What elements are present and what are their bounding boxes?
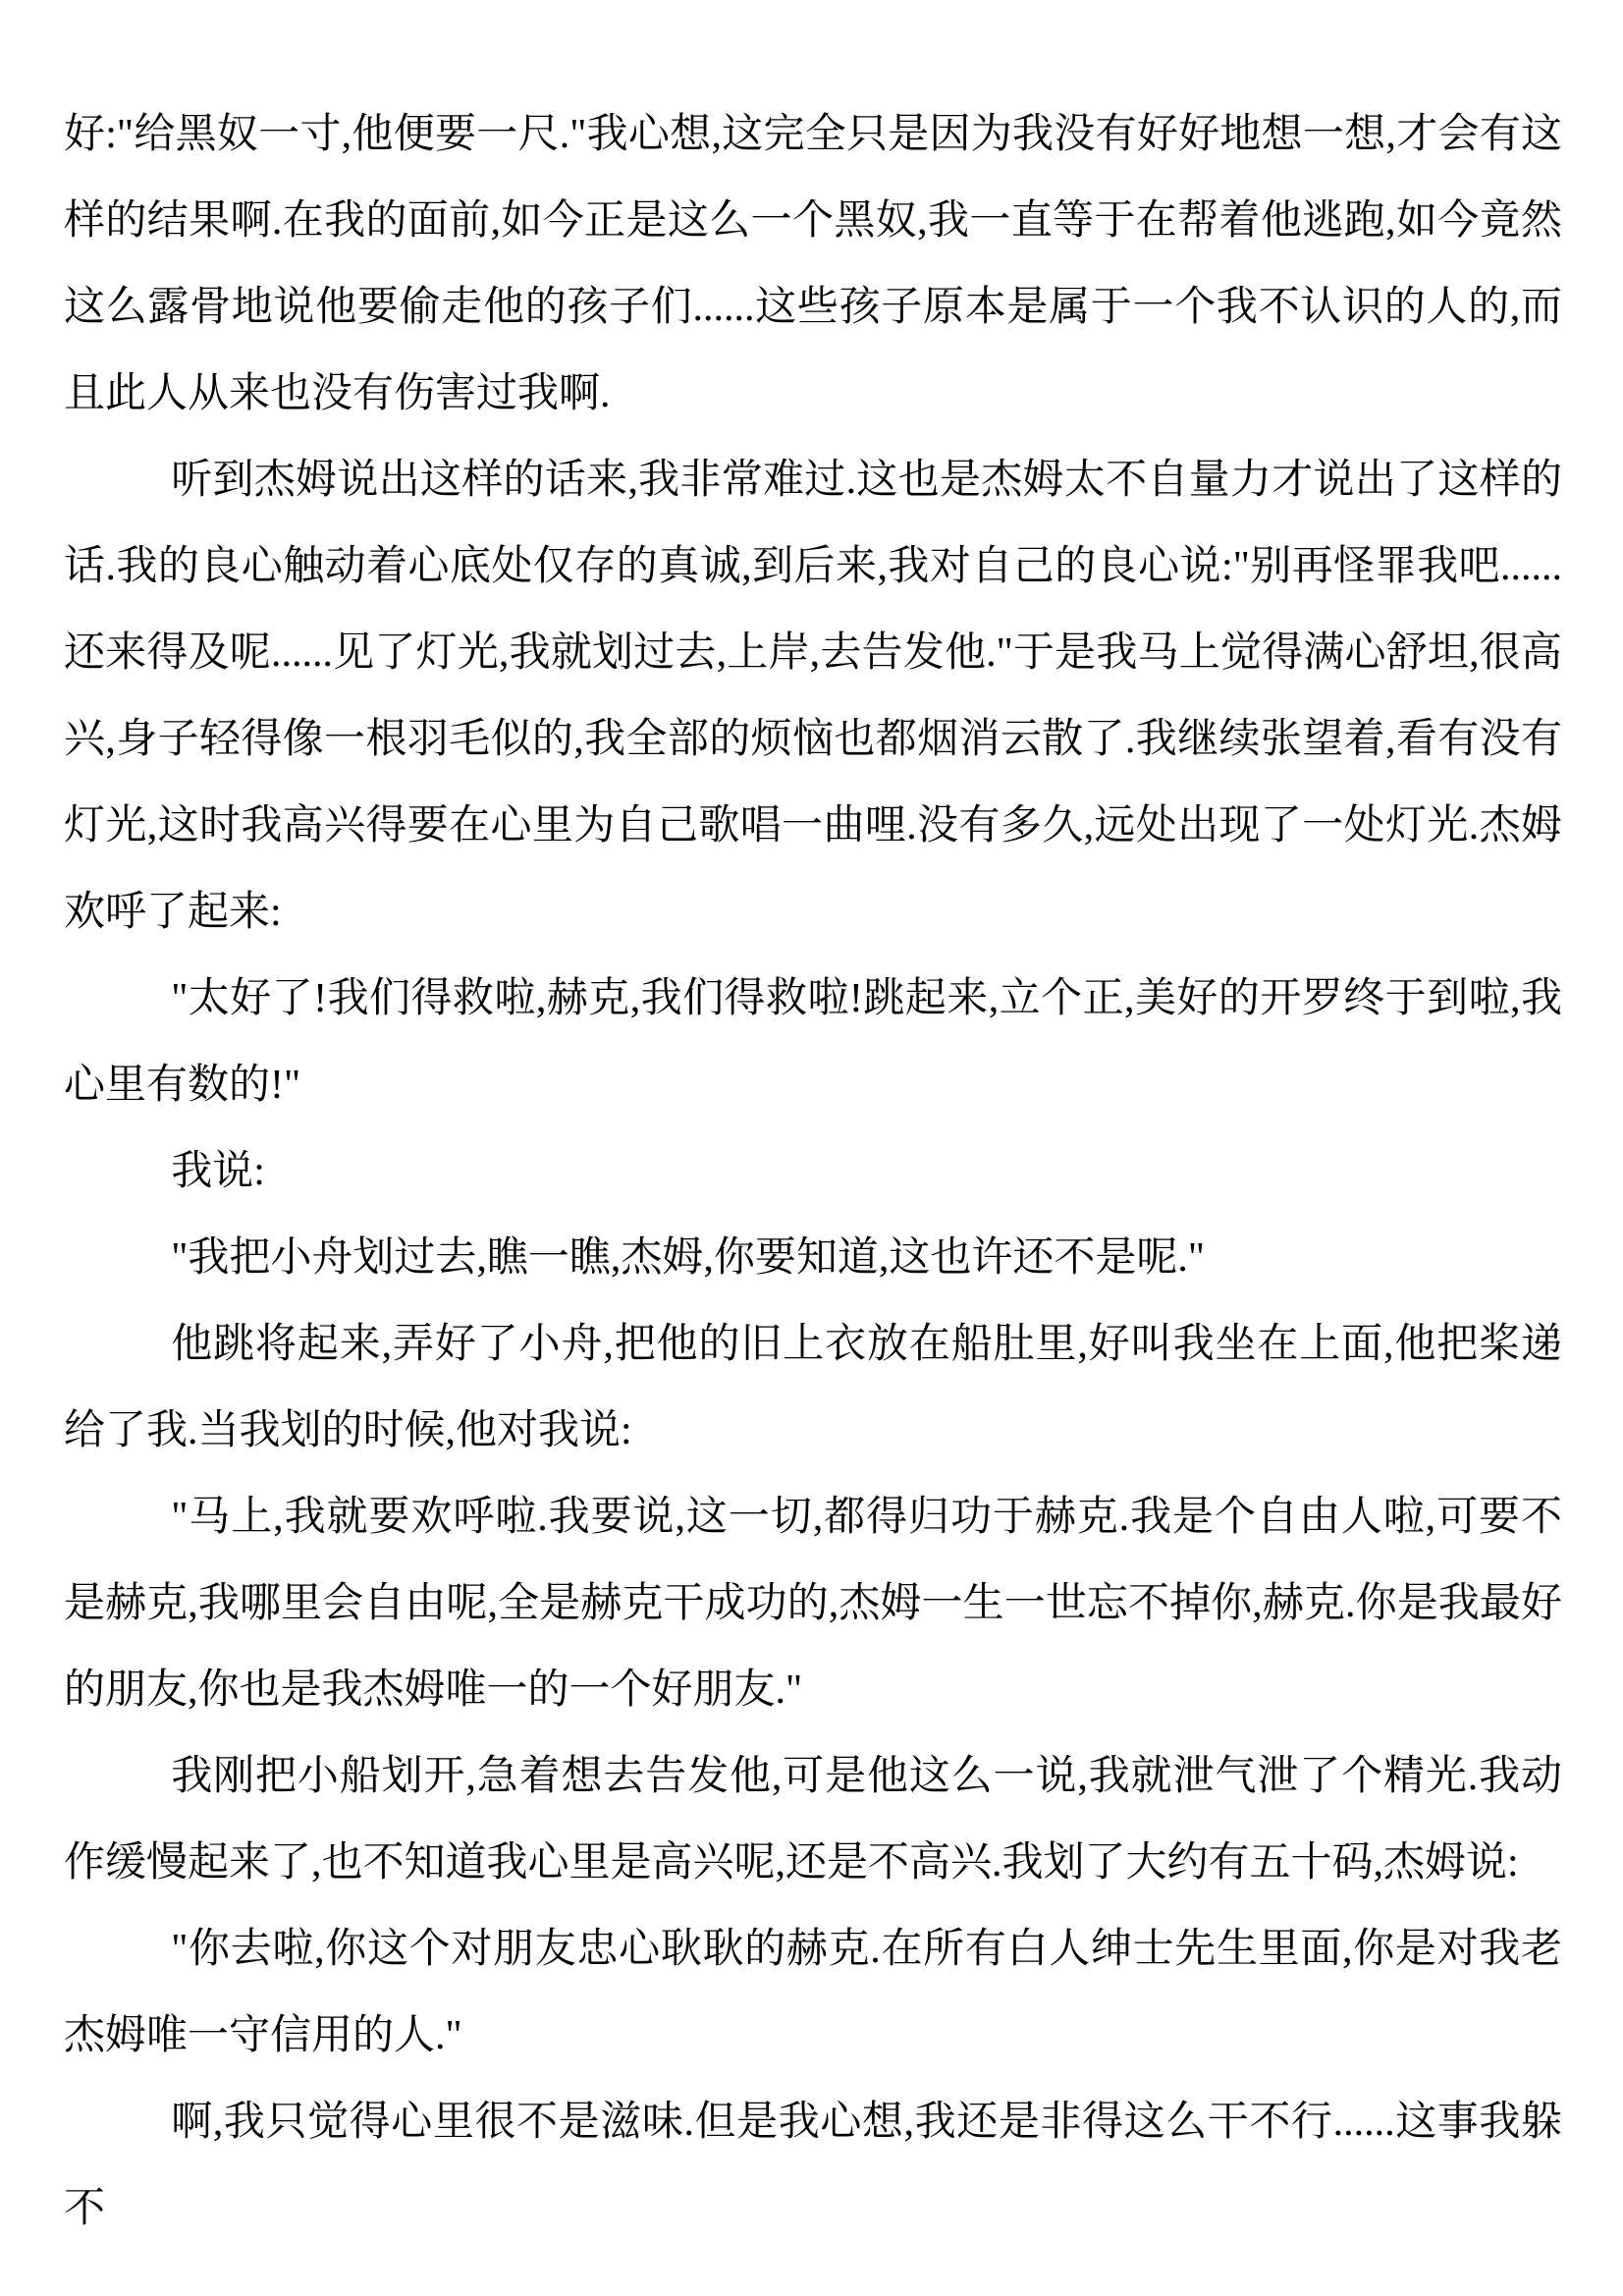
book-page: 好:"给黑奴一寸,他便要一尺."我心想,这完全只是因为我没有好好地想一想,才会有… [0, 0, 1623, 2296]
paragraph: "太好了!我们得救啦,赫克,我们得救啦!跳起来,立个正,美好的开罗终于到啦,我心… [64, 956, 1562, 1128]
paragraph: "我把小舟划过去,瞧一瞧,杰姆,你要知道,这也许还不是呢." [64, 1215, 1562, 1301]
paragraph: "你去啦,你这个对朋友忠心耿耿的赫克.在所有白人绅士先生里面,你是对我老杰姆唯一… [64, 1906, 1562, 2079]
paragraph: 我说: [64, 1128, 1562, 1215]
paragraph: 啊,我只觉得心里很不是滋味.但是我心想,我还是非得这么干不行......这事我躲… [64, 2079, 1562, 2252]
page-text: 好:"给黑奴一寸,他便要一尺."我心想,这完全只是因为我没有好好地想一想,才会有… [0, 0, 1623, 2252]
paragraph: 他跳将起来,弄好了小舟,把他的旧上衣放在船肚里,好叫我坐在上面,他把桨递给了我.… [64, 1301, 1562, 1474]
paragraph: 听到杰姆说出这样的话来,我非常难过.这也是杰姆太不自量力才说出了这样的话.我的良… [64, 437, 1562, 956]
paragraph: 我刚把小船划开,急着想去告发他,可是他这么一说,我就泄气泄了个精光.我动作缓慢起… [64, 1733, 1562, 1906]
paragraph: 好:"给黑奴一寸,他便要一尺."我心想,这完全只是因为我没有好好地想一想,才会有… [64, 91, 1562, 437]
paragraph: "马上,我就要欢呼啦.我要说,这一切,都得归功于赫克.我是个自由人啦,可要不是赫… [64, 1474, 1562, 1733]
